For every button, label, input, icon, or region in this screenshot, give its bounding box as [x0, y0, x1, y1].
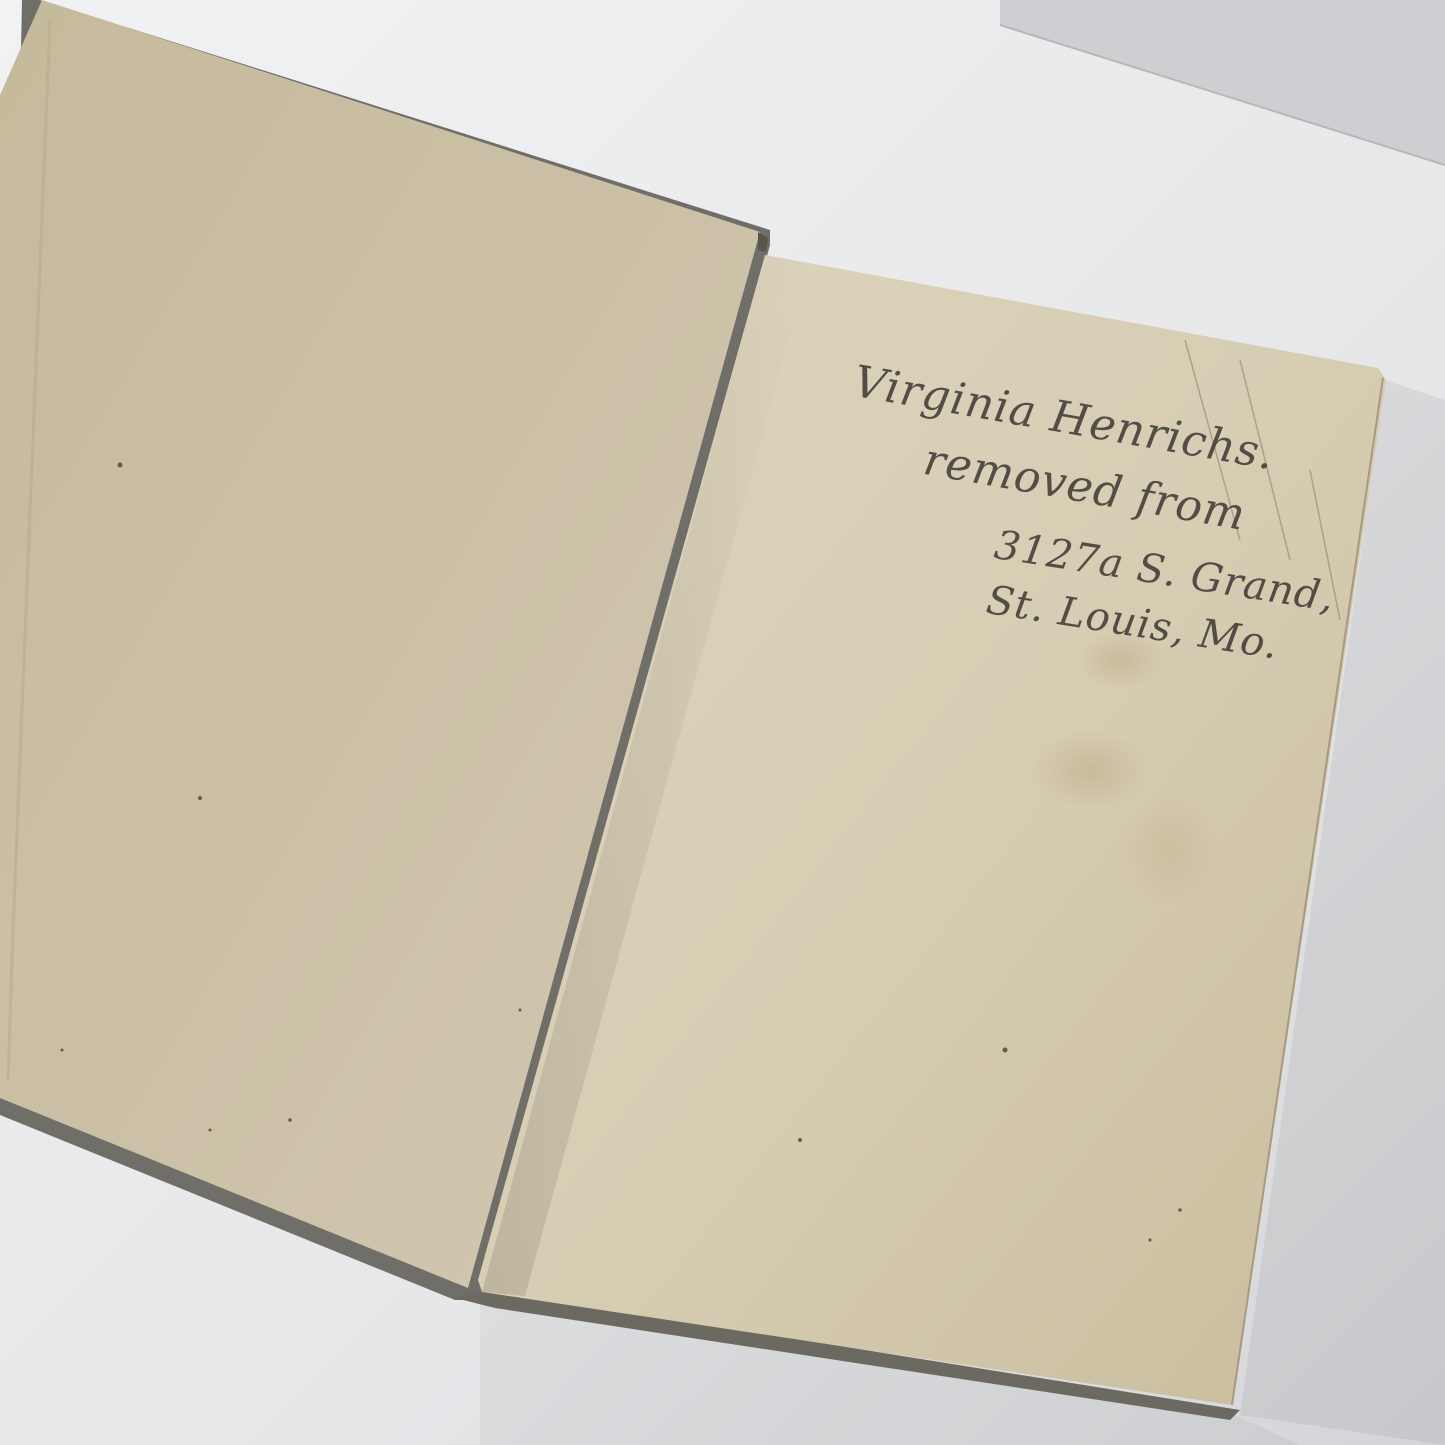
book-illustration: [0, 0, 1445, 1445]
book-photo: Virginia Henrichs. removed from 3127a S.…: [0, 0, 1445, 1445]
